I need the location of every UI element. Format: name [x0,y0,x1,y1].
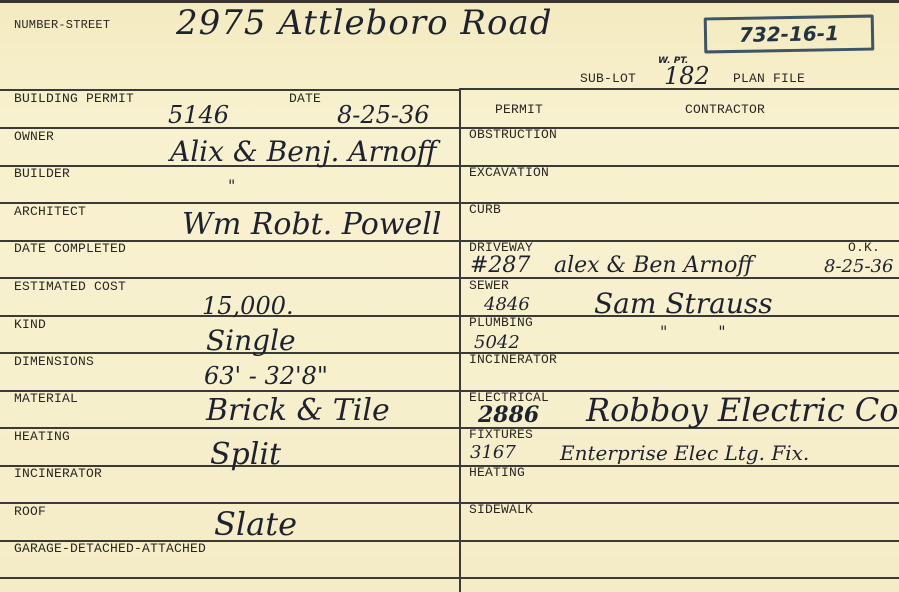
column-divider [459,89,461,592]
date-completed-label: DATE COMPLETED [14,242,126,256]
building-permit-value: 5146 [168,103,229,127]
dimensions-label: DIMENSIONS [14,355,94,369]
sub-lot-value: 182 [664,64,710,88]
plumbing-contractor: " " [660,324,726,340]
obstruction-label: OBSTRUCTION [469,128,557,142]
file-number-stamp: 732-16-1 [704,15,875,54]
sewer-permit: 4846 [484,296,530,314]
sewer-contractor: Sam Strauss [594,290,773,318]
material-value: Brick & Tile [206,396,390,426]
architect-label: ARCHITECT [14,205,86,219]
number-street-label: NUMBER-STREET [14,18,110,32]
incinerator-permit-label: INCINERATOR [469,353,557,367]
roof-value: Slate [214,508,297,540]
material-label: MATERIAL [14,392,78,406]
plan-file-label: PLAN FILE [733,72,805,86]
garage-label: GARAGE-DETACHED-ATTACHED [14,542,206,556]
curb-label: CURB [469,203,501,217]
sidewalk-label: SIDEWALK [469,503,533,517]
address-value: 2975 Attleboro Road [176,6,552,40]
driveway-date: 8-25-36 [824,258,893,276]
fixtures-label: FIXTURES [469,428,533,442]
builder-label: BUILDER [14,167,70,181]
heating-value: Split [210,440,281,470]
fixtures-permit: 3167 [470,444,516,462]
owner-value: Alix & Benj. Arnoff [170,138,437,166]
incinerator-label: INCINERATOR [14,467,102,481]
electrical-contractor: Robboy Electric Co. [586,394,899,426]
owner-label: OWNER [14,130,54,144]
plumbing-permit: 5042 [474,334,520,352]
driveway-ok: O.K. [848,241,880,255]
permit-card: NUMBER-STREET 2975 Attleboro Road 732-16… [0,0,899,592]
plumbing-label: PLUMBING [469,316,533,330]
excavation-label: EXCAVATION [469,166,549,180]
heating-permit-label: HEATING [469,466,525,480]
dimensions-value: 63' - 32'8" [204,364,328,388]
sub-lot-label: SUB-LOT [580,72,636,86]
builder-value: " [228,178,235,194]
date-label: DATE [289,92,321,106]
electrical-permit: 2886 [478,404,539,426]
building-permit-label: BUILDING PERMIT [14,92,134,106]
roof-label: ROOF [14,505,46,519]
estimated-cost-value: 15,000. [202,294,294,318]
permit-header: PERMIT [495,103,543,117]
fixtures-contractor: Enterprise Elec Ltg. Fix. [560,443,809,463]
heating-label: HEATING [14,430,70,444]
architect-value: Wm Robt. Powell [182,210,441,240]
contractor-header: CONTRACTOR [685,103,765,117]
kind-value: Single [206,327,296,355]
driveway-permit: #287 [470,255,530,277]
driveway-contractor: alex & Ben Arnoff [554,255,753,277]
date-value: 8-25-36 [337,103,430,127]
sewer-label: SEWER [469,279,509,293]
kind-label: KIND [14,318,46,332]
estimated-cost-label: ESTIMATED COST [14,280,126,294]
